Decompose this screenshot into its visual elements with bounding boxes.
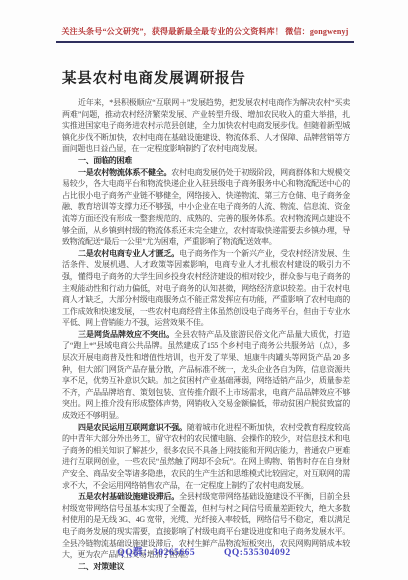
paragraph-logistics-text: 农村电商发展仍处于初级阶段，网商群体和大规模交易较少，各大电商平台和物流快递企业… <box>62 168 350 247</box>
paragraph-logistics-lead: 一是农村物流体系不健全。 <box>78 168 171 177</box>
promo-header: 关注头条号“公文研究”，获得最新最全最专业的公文资料库！ 微信：gongweny… <box>56 26 354 43</box>
paragraph-talent-lead: 二是农村电商专业人才匮乏。 <box>78 249 179 258</box>
paragraph-brand-text: 全县农特产品及旅游民俗文化产品量大质优，打造了“跑上*”县域电商公共品牌。虽然建… <box>62 330 350 420</box>
paragraph-brand: 三是网货品牌效应不突出。全县农特产品及旅游民俗文化产品量大质优，打造了“跑上*”… <box>62 329 350 422</box>
qq-group-number: QQ群：30265665 <box>117 548 195 558</box>
paragraph-awareness-text: 随着城市化进程不断加快，农村受教育程度较高的中青年大部分外出务工，留守农村的农民… <box>62 423 350 490</box>
paragraph-brand-lead: 三是网货品牌效应不突出。 <box>78 330 174 339</box>
paragraph-talent: 二是农村电商专业人才匮乏。电子商务作为一个新兴产业，受农村经济发展、生活条件、发… <box>62 248 350 329</box>
intro-paragraph: 近年来，*县积极顺应“互联网＋”发展趋势，把发展农村电商作为解决农村“买卖两难”… <box>62 97 350 155</box>
document-body: 近年来，*县积极顺应“互联网＋”发展趋势，把发展农村电商作为解决农村“买卖两难”… <box>62 97 350 572</box>
document-title: 某县农村电商发展调研报告 <box>62 67 346 88</box>
document-page: 关注头条号“公文研究”，获得最新最全最专业的公文资料库！ 微信：gongweny… <box>0 0 408 580</box>
paragraph-awareness: 四是农民运用互联网意识不强。随着城市化进程不断加快，农村受教育程度较高的中青年大… <box>62 422 350 492</box>
promo-text: 关注头条号“公文研究”，获得最新最全最专业的公文资料库！ 微信：gongweny… <box>61 27 348 36</box>
qq-number: QQ:535304092 <box>224 548 291 558</box>
paragraph-talent-text: 电子商务作为一个新兴产业，受农村经济发展、生活条件、发展机遇、人才政策等因素影响… <box>62 249 350 328</box>
paragraph-logistics: 一是农村物流体系不健全。农村电商发展仍处于初级阶段，网商群体和大规模交易较少，各… <box>62 167 350 248</box>
paragraph-awareness-lead: 四是农民运用互联网意识不强。 <box>78 423 187 432</box>
contact-footer: QQ群：30265665 QQ:535304092 <box>0 544 408 558</box>
section-heading-difficulties: 一、面临的困难 <box>62 155 350 167</box>
paragraph-infrastructure-lead: 五是农村基础设施建设滞后。 <box>78 492 179 501</box>
section-heading-suggestions: 二、对策建议 <box>62 561 350 573</box>
